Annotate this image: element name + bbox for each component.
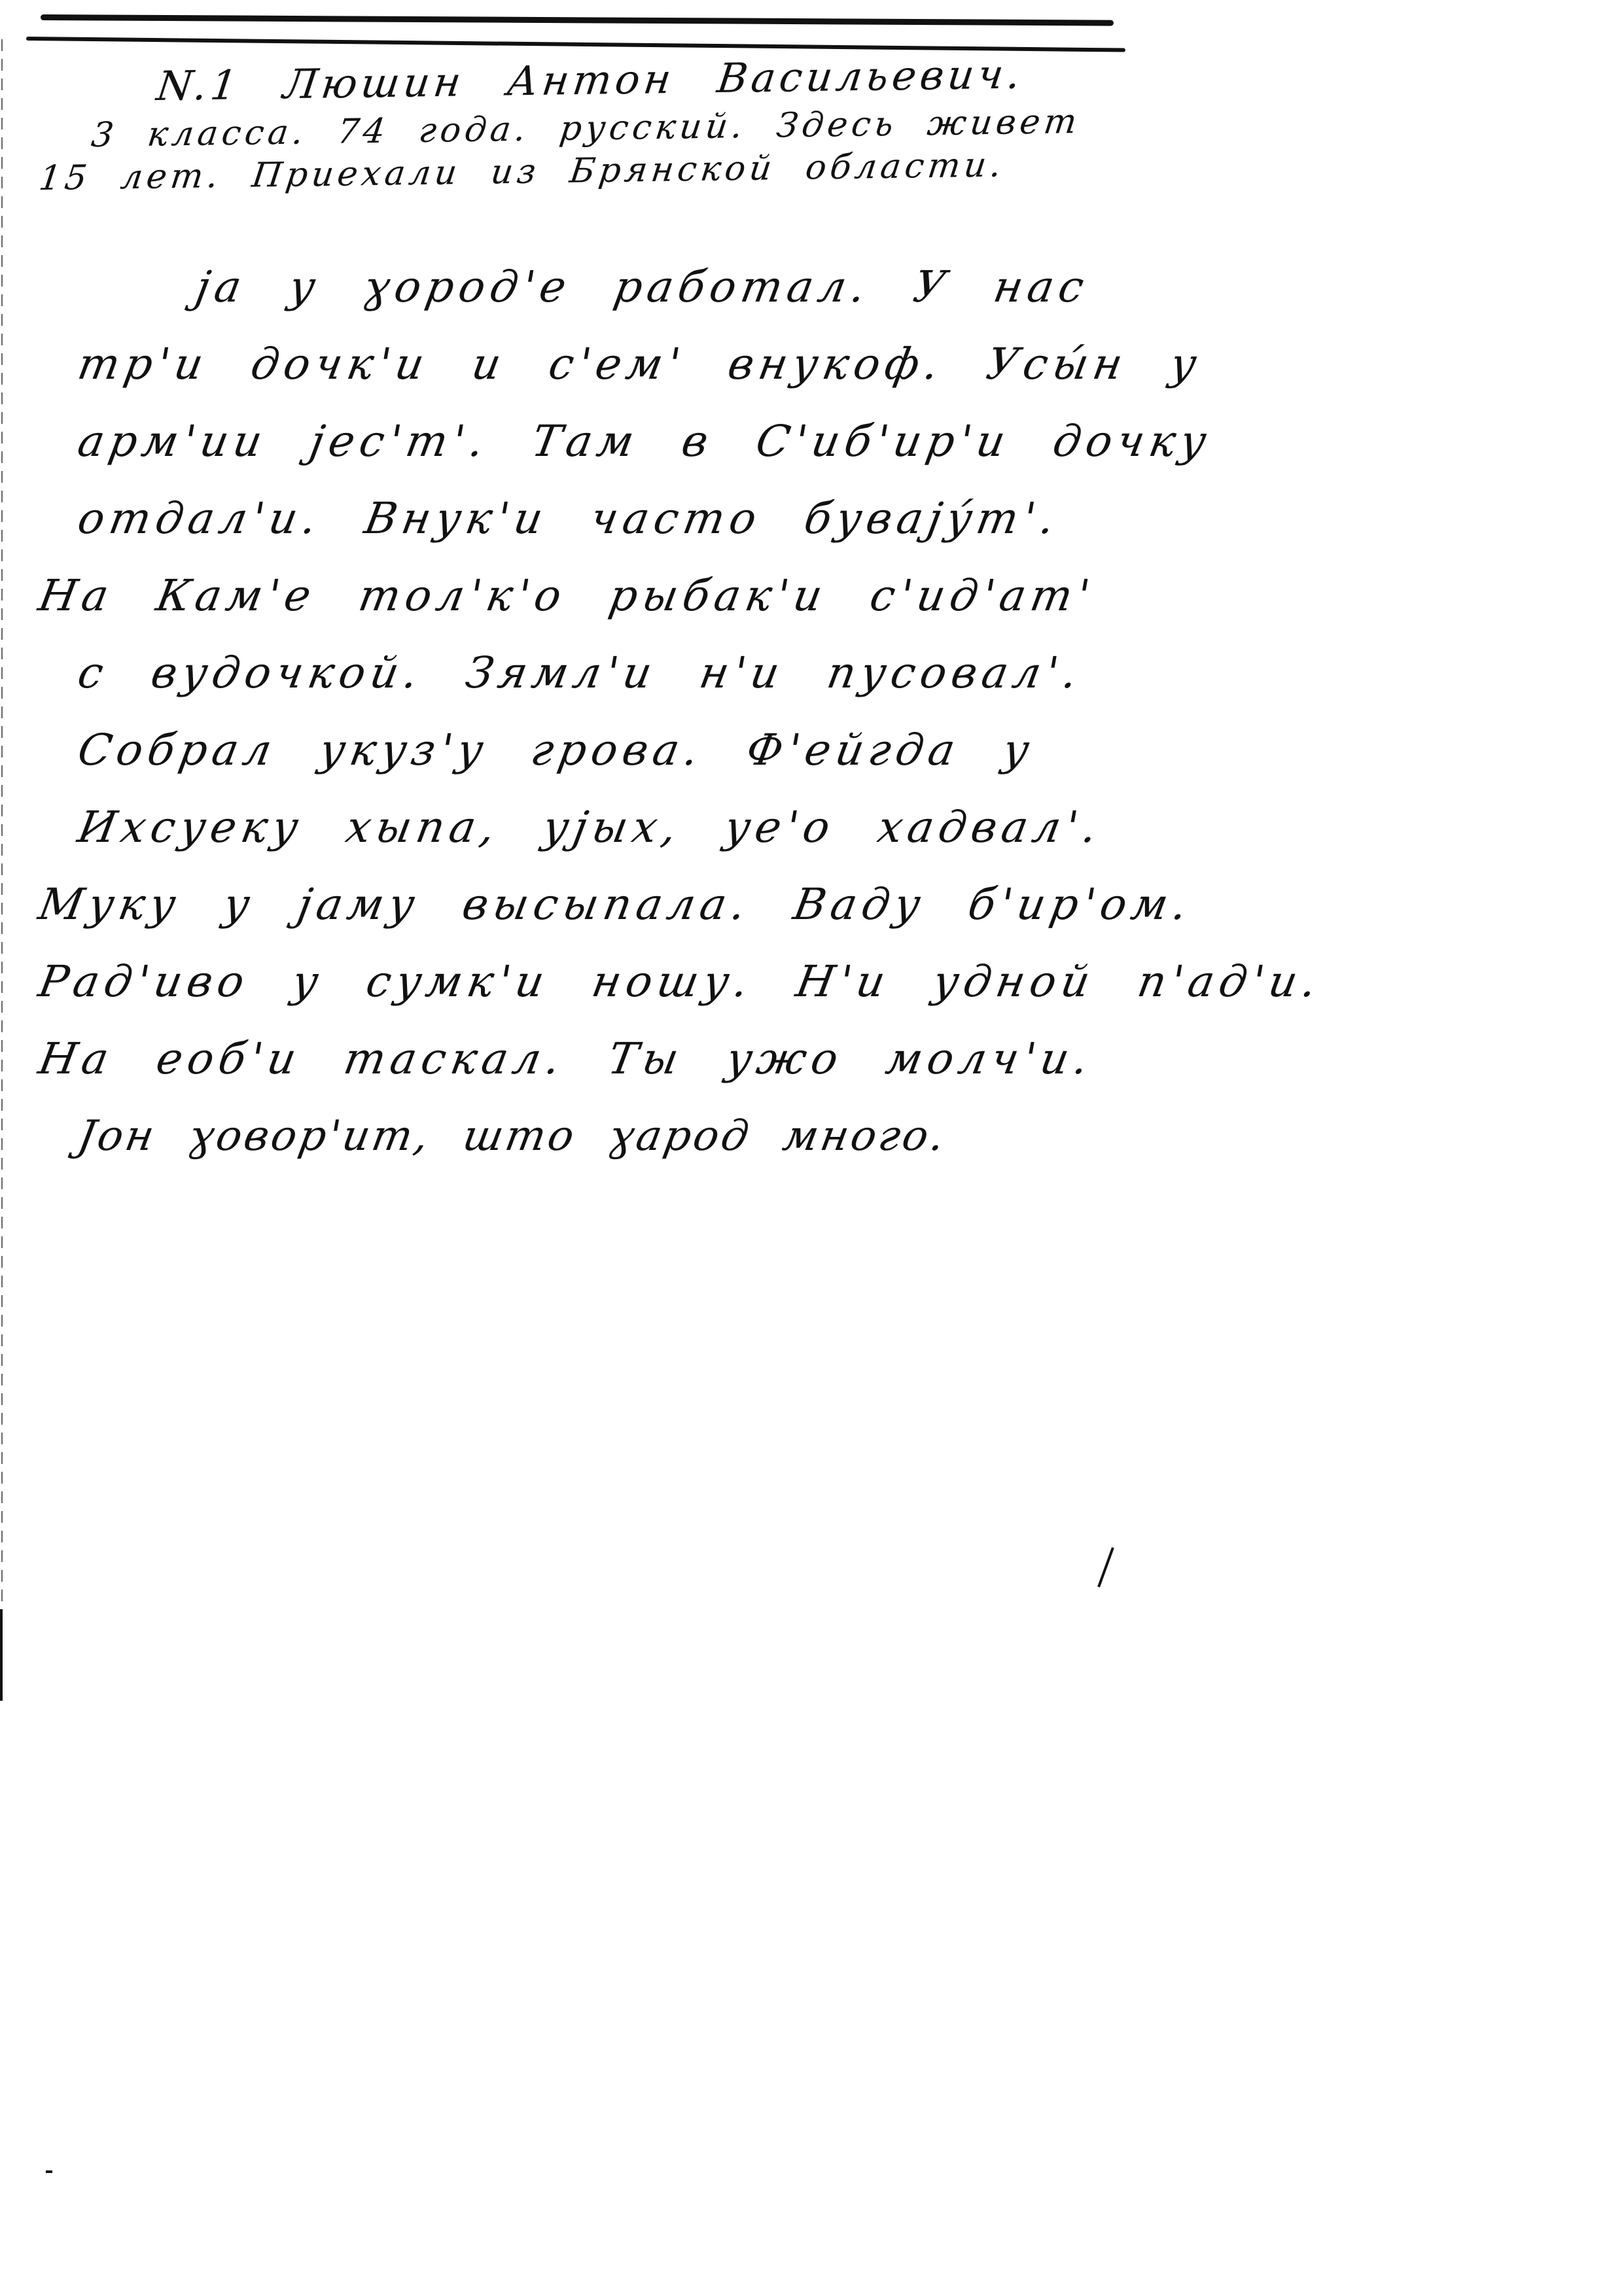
text-line: арм'ии jес'т'. Там в С'иб'ир'и дочку [72, 403, 1290, 480]
text-line: Ихсуеку хыпа, уjых, уе'о хадвал'. [72, 789, 1290, 866]
top-border-line [41, 14, 1114, 26]
text-line: с вудочкой. Зямл'и н'и пусовал'. [72, 635, 1290, 712]
text-line: Jон ɣовор'ит, што ɣарод много. [72, 1098, 1290, 1175]
informant-header: N.1 Люшин Антон Васильевич. 3 класса. 74… [20, 59, 1230, 200]
text-line: отдал'и. Внук'и часто бувају́т'. [72, 480, 1290, 557]
stray-pen-mark [1097, 1547, 1114, 1588]
text-line: На еоб'и таскал. Ты ужо молч'и. [33, 1020, 1290, 1098]
text-line: тр'и дочк'и и с'ем' внукоф. Усы́н у [72, 326, 1290, 403]
stray-dot-mark [46, 2170, 52, 2173]
text-line: ja у ɣород'е работал. У нас [190, 249, 1290, 326]
text-line: На Кам'е тол'к'о рыбак'и с'ид'ат' [33, 557, 1290, 635]
left-margin-mark [0, 1609, 3, 1701]
text-line: Собрал укуз'у грова. Ф'ейгда у [72, 712, 1290, 789]
transcription-body: ja у ɣород'е работал. У нас тр'и дочк'и … [39, 249, 1282, 1175]
text-line: Рад'иво у сумк'и ношу. Н'и удной п'ад'и. [33, 943, 1290, 1020]
text-line: Муку у jаму высыпала. Ваду б'ир'ом. [33, 866, 1290, 943]
page-left-edge [1, 39, 3, 1661]
